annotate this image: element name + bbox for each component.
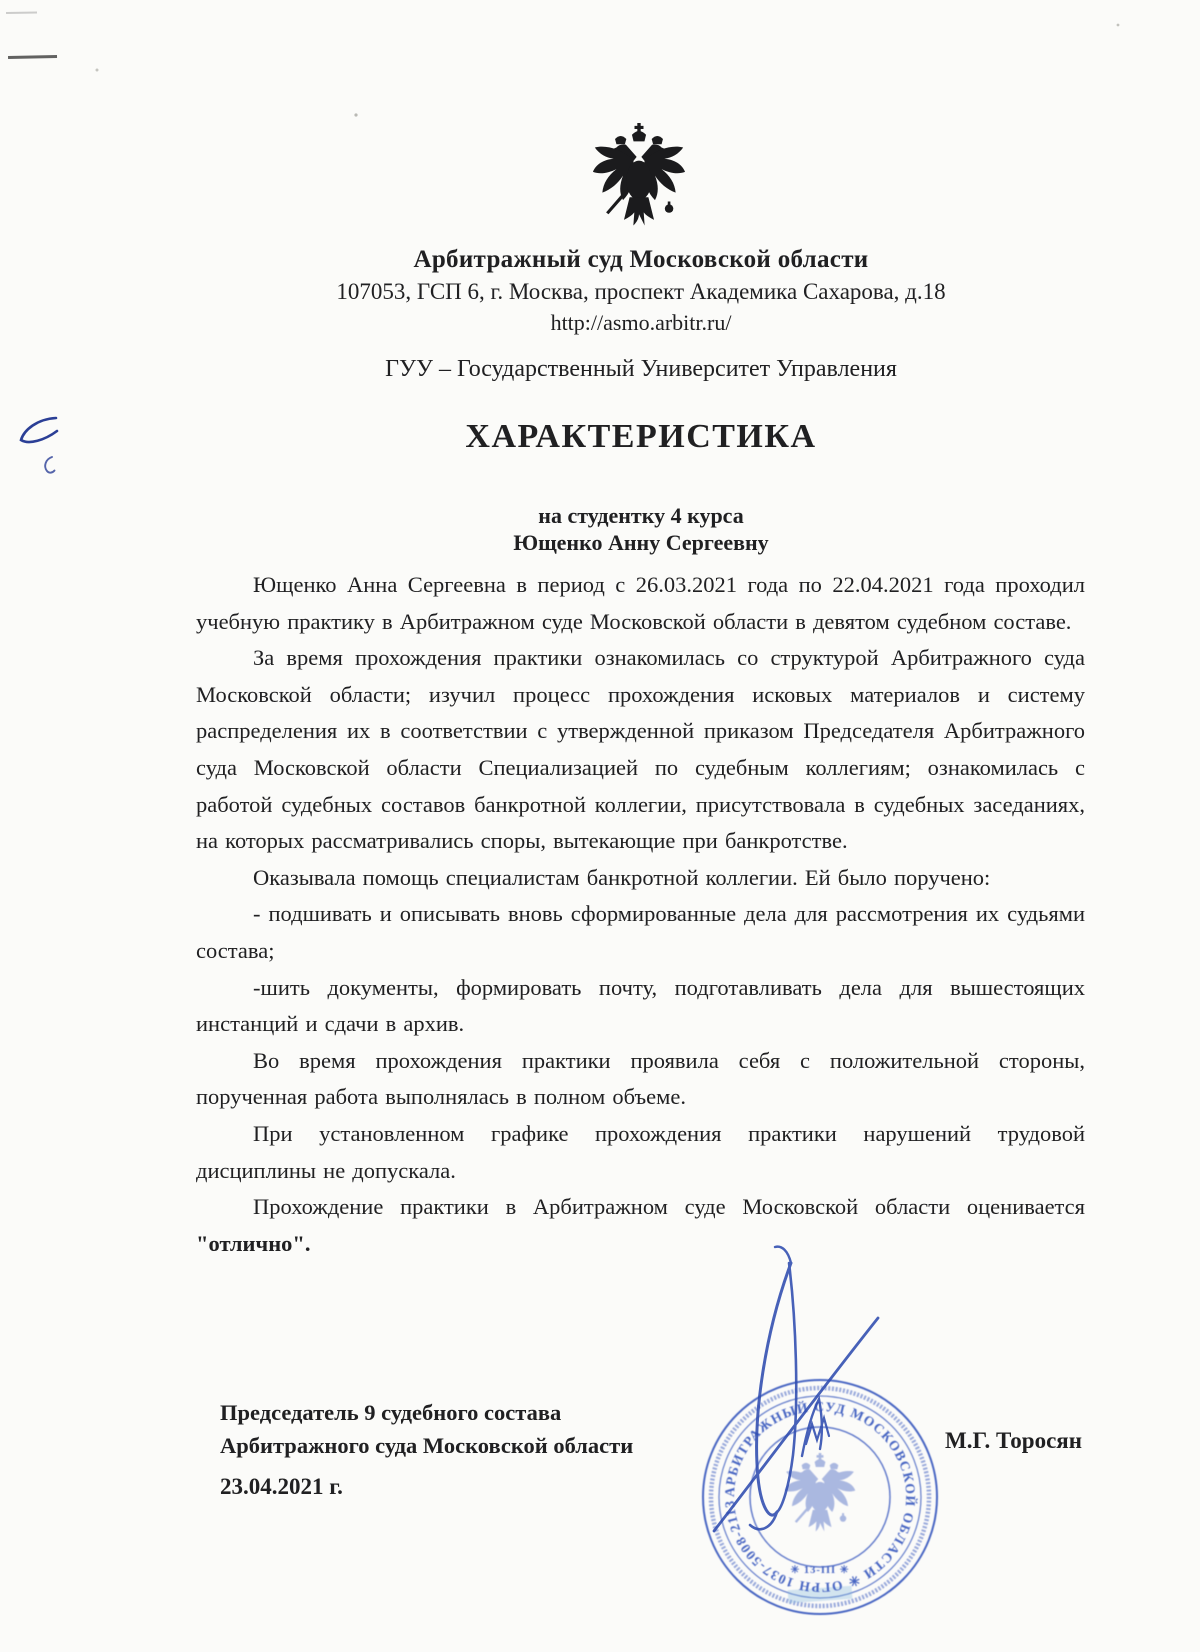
scan-speck [96, 69, 99, 72]
paragraph: Оказывала помощь специалистам банкротной… [196, 860, 1085, 897]
paragraph: Во время прохождения практики проявила с… [196, 1043, 1085, 1116]
document-body: Ющенко Анна Сергеевна в период с 26.03.2… [196, 567, 1085, 1262]
paragraph: За время прохождения практики ознакомила… [196, 640, 1085, 860]
paragraph: Ющенко Анна Сергеевна в период с 26.03.2… [196, 567, 1085, 640]
document-subject: на студентку 4 курса Ющенко Анну Сергеев… [196, 502, 1086, 556]
signer-name: М.Г. Торосян [945, 1428, 1082, 1454]
grade-text: "отлично". [196, 1231, 311, 1256]
closing-text: Прохождение практики в Арбитражном суде … [253, 1194, 1085, 1219]
signer-position: Председатель 9 судебного состава Арбитра… [220, 1396, 633, 1462]
scanner-edge-dash [8, 55, 57, 59]
stamp-eagle-icon [785, 1453, 856, 1531]
court-website: http://asmo.arbitr.ru/ [196, 310, 1086, 336]
paragraph: - подшивать и описывать вновь сформирова… [196, 896, 1085, 969]
paragraph: -шить документы, формировать почту, подг… [196, 970, 1085, 1043]
scan-speck [354, 113, 357, 116]
document-title: ХАРАКТЕРИСТИКА [196, 418, 1086, 456]
letterhead: Арбитражный суд Московской области 10705… [196, 246, 1086, 336]
document-date: 23.04.2021 г. [220, 1474, 343, 1500]
scanned-document-page: { "doc": { "emblem_icon": "russian-coat-… [0, 0, 1200, 1652]
signer-position-line-1: Председатель 9 судебного состава [220, 1396, 633, 1429]
court-round-stamp: АРБИТРАЖНЫЙ СУД МОСКОВСКОЙ ОБЛАСТИ ✳ ОГР… [695, 1372, 945, 1622]
closing-paragraph: Прохождение практики в Арбитражном суде … [196, 1189, 1085, 1262]
blue-pen-margin-mark [21, 418, 57, 473]
university-line: ГУУ – Государственный Университет Управл… [196, 356, 1086, 383]
scan-speck [1117, 24, 1120, 27]
coat-of-arms-eagle-icon [592, 122, 686, 235]
paragraph: При установленном графике прохождения пр… [196, 1116, 1085, 1189]
signer-position-line-2: Арбитражного суда Московской области [220, 1429, 633, 1462]
subject-line-2: Ющенко Анну Сергеевну [196, 529, 1086, 556]
scanner-edge-dash [6, 11, 37, 14]
court-name: Арбитражный суд Московской области [196, 246, 1086, 274]
stamp-center-code: ✳ 13-III ✳ [790, 1564, 849, 1576]
court-address: 107053, ГСП 6, г. Москва, проспект Акаде… [196, 279, 1086, 305]
subject-line-1: на студентку 4 курса [196, 502, 1086, 529]
